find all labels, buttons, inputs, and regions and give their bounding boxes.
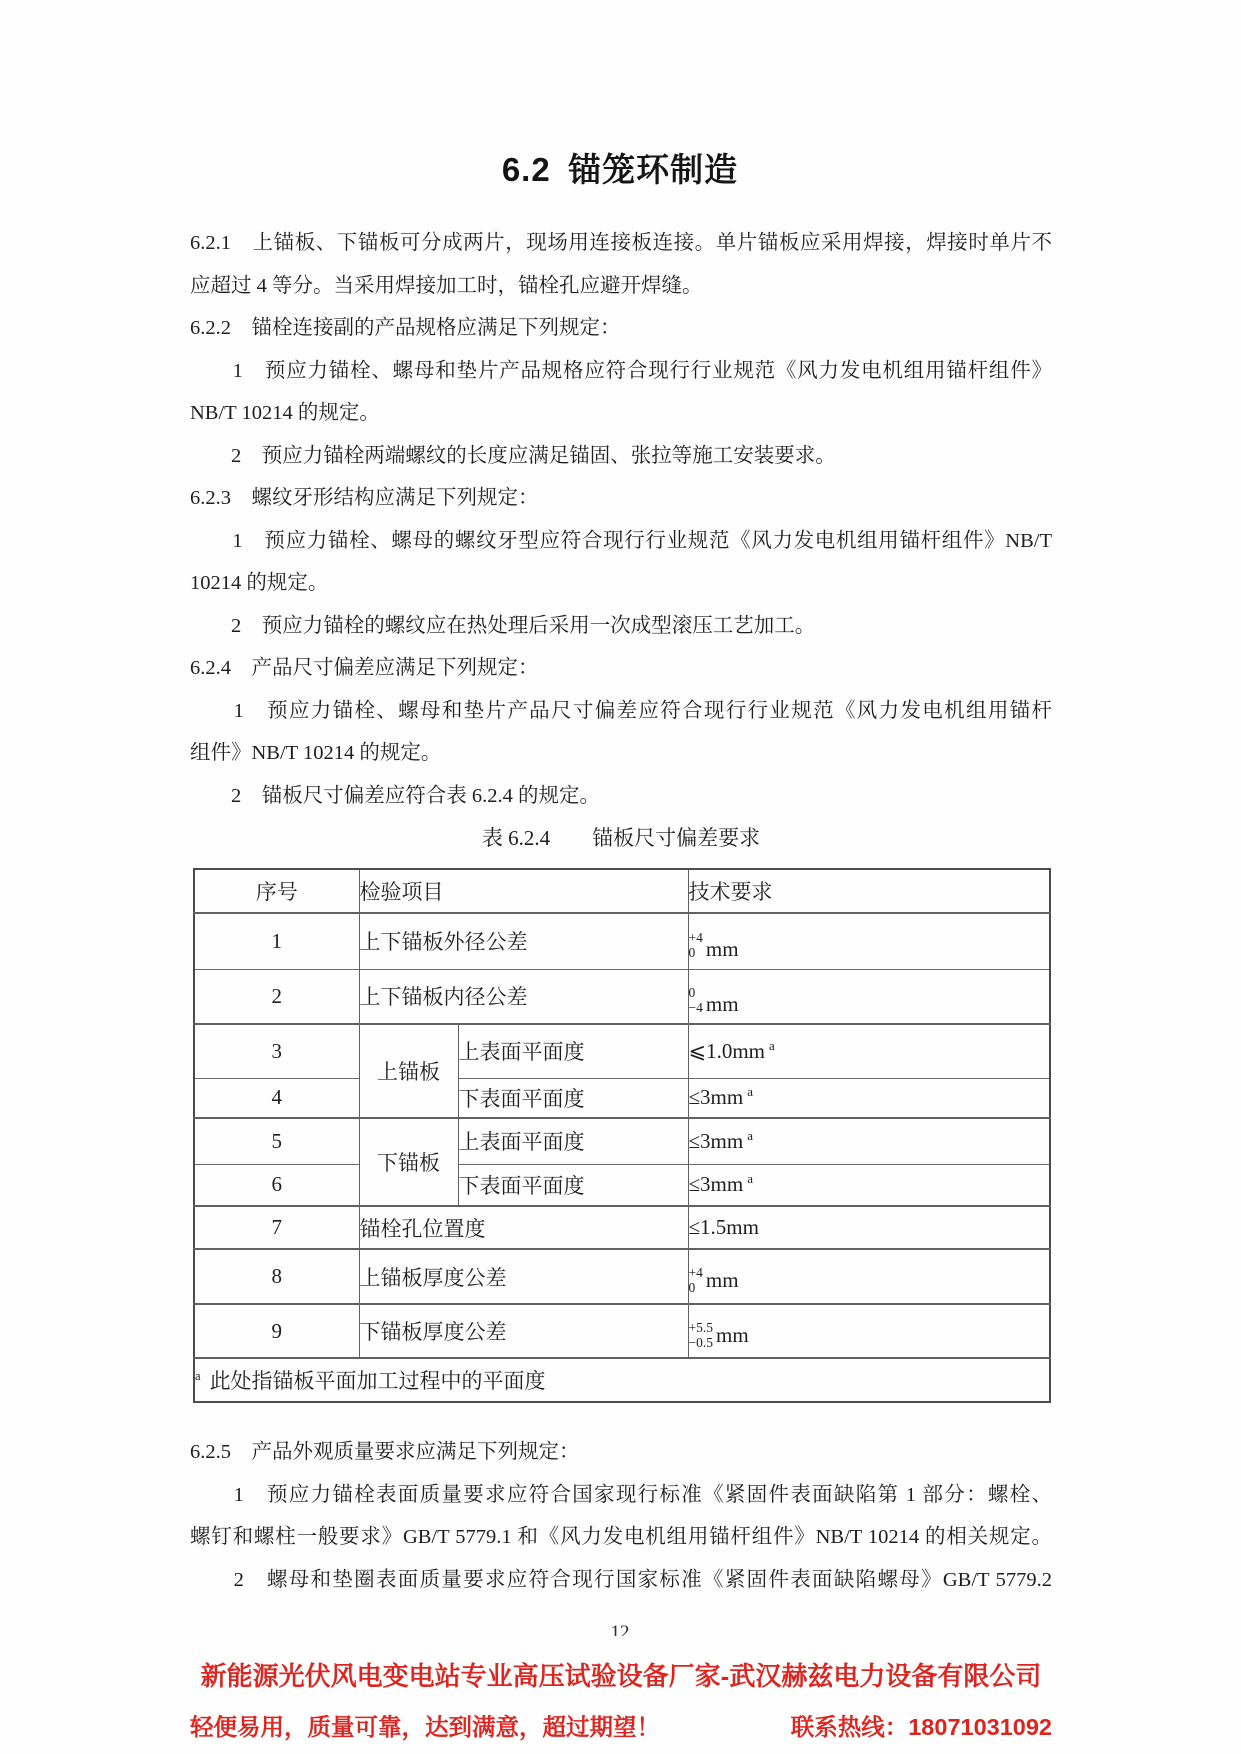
row-item: 下表面平面度	[458, 1164, 688, 1206]
row-no: 5	[194, 1118, 359, 1164]
col-header-no: 序号	[194, 869, 359, 913]
row-req: ⩽1.0mma	[688, 1024, 1050, 1078]
body-line: 应超过 4 等分。当采用焊接加工时，锚栓孔应避开焊缝。	[190, 265, 1052, 308]
row-no: 3	[194, 1024, 359, 1078]
tolerance-value: +40 mm	[689, 1265, 739, 1295]
section-heading: 6.2.4 产品尺寸偏差应满足下列规定：	[190, 647, 1052, 690]
row-req: +40 mm	[688, 1249, 1050, 1304]
footer-company-line: 新能源光伏风电变电站专业高压试验设备厂家-武汉赫兹电力设备有限公司	[190, 1656, 1052, 1693]
row-item: 上表面平面度	[458, 1118, 688, 1164]
section-heading: 6.2.3 螺纹牙形结构应满足下列规定：	[190, 477, 1052, 520]
body-line: 1 预应力锚栓、螺母的螺纹牙型应符合现行行业规范《风力发电机组用锚杆组件》NB/…	[190, 520, 1052, 563]
document-page: 6.2 锚笼环制造 6.2.1 上锚板、下锚板可分成两片，现场用连接板连接。单片…	[0, 0, 1241, 1754]
anchor-plate-tolerance-table: 序号 检验项目 技术要求 1 上下锚板外径公差 +40 mm 2 上下锚板内径公…	[193, 868, 1051, 1403]
section-heading: 6.2.5 产品外观质量要求应满足下列规定：	[190, 1431, 1052, 1474]
row-no: 9	[194, 1304, 359, 1358]
body-line: 组件》NB/T 10214 的规定。	[190, 732, 1052, 775]
table-footnote: a此处指锚板平面加工过程中的平面度	[194, 1358, 1050, 1402]
body-line: 6.2.1 上锚板、下锚板可分成两片，现场用连接板连接。单片锚板应采用焊接，焊接…	[190, 222, 1052, 265]
row-no: 2	[194, 969, 359, 1024]
row-item: 上下锚板外径公差	[359, 913, 688, 969]
page-title: 6.2 锚笼环制造	[190, 144, 1050, 191]
page-number: 12	[190, 1622, 1050, 1636]
body-line: 1 预应力锚栓表面质量要求应符合国家现行标准《紧固件表面缺陷第 1 部分：螺栓、	[190, 1474, 1052, 1517]
row-req: +40 mm	[688, 913, 1050, 969]
row-item: 上锚板厚度公差	[359, 1249, 688, 1304]
row-no: 7	[194, 1206, 359, 1249]
group-lower-plate: 下锚板	[359, 1118, 458, 1206]
body-line: 2 预应力锚栓两端螺纹的长度应满足锚固、张拉等施工安装要求。	[190, 435, 1052, 478]
body-line: 10214 的规定。	[190, 562, 1052, 605]
row-req: ≤1.5mm	[688, 1206, 1050, 1249]
row-no: 8	[194, 1249, 359, 1304]
footer-contact-line: 轻便易用，质量可靠，达到满意，超过期望！ 联系热线：18071031092	[190, 1708, 1052, 1742]
row-item: 锚栓孔位置度	[359, 1206, 688, 1249]
tolerance-value: +40 mm	[689, 930, 739, 960]
footer-hotline: 联系热线：18071031092	[791, 1708, 1052, 1742]
body-text-lower: 6.2.5 产品外观质量要求应满足下列规定： 1 预应力锚栓表面质量要求应符合国…	[190, 1431, 1052, 1601]
row-req: ≤3mma	[688, 1078, 1050, 1118]
row-no: 1	[194, 913, 359, 969]
row-req: +5.5−0.5 mm	[688, 1304, 1050, 1358]
body-line: NB/T 10214 的规定。	[190, 392, 1052, 435]
row-item: 下锚板厚度公差	[359, 1304, 688, 1358]
body-text-upper: 6.2.1 上锚板、下锚板可分成两片，现场用连接板连接。单片锚板应采用焊接，焊接…	[190, 222, 1052, 817]
tolerance-value: 0−4 mm	[689, 985, 739, 1015]
row-item: 上表面平面度	[458, 1024, 688, 1078]
body-line: 2 锚板尺寸偏差应符合表 6.2.4 的规定。	[190, 775, 1052, 818]
body-line: 螺钉和螺柱一般要求》GB/T 5779.1 和《风力发电机组用锚杆组件》NB/T…	[190, 1516, 1052, 1559]
row-item: 上下锚板内径公差	[359, 969, 688, 1024]
section-heading: 6.2.2 锚栓连接副的产品规格应满足下列规定：	[190, 307, 1052, 350]
body-line: 2 预应力锚栓的螺纹应在热处理后采用一次成型滚压工艺加工。	[190, 605, 1052, 648]
row-no: 4	[194, 1078, 359, 1118]
table-caption: 表 6.2.4 锚板尺寸偏差要求	[190, 817, 1052, 860]
tolerance-value: +5.5−0.5 mm	[689, 1320, 749, 1350]
row-req: 0−4 mm	[688, 969, 1050, 1024]
group-upper-plate: 上锚板	[359, 1024, 458, 1118]
row-no: 6	[194, 1164, 359, 1206]
row-req: ≤3mma	[688, 1164, 1050, 1206]
footer-slogan: 轻便易用，质量可靠，达到满意，超过期望！	[190, 1708, 660, 1742]
col-header-req: 技术要求	[688, 869, 1050, 913]
body-line: 1 预应力锚栓、螺母和垫片产品尺寸偏差应符合现行行业规范《风力发电机组用锚杆	[190, 690, 1052, 733]
body-line: 1 预应力锚栓、螺母和垫片产品规格应符合现行行业规范《风力发电机组用锚杆组件》	[190, 350, 1052, 393]
col-header-item: 检验项目	[359, 869, 688, 913]
body-line: 2 螺母和垫圈表面质量要求应符合现行国家标准《紧固件表面缺陷螺母》GB/T 57…	[190, 1559, 1052, 1602]
row-req: ≤3mma	[688, 1118, 1050, 1164]
row-item: 下表面平面度	[458, 1078, 688, 1118]
